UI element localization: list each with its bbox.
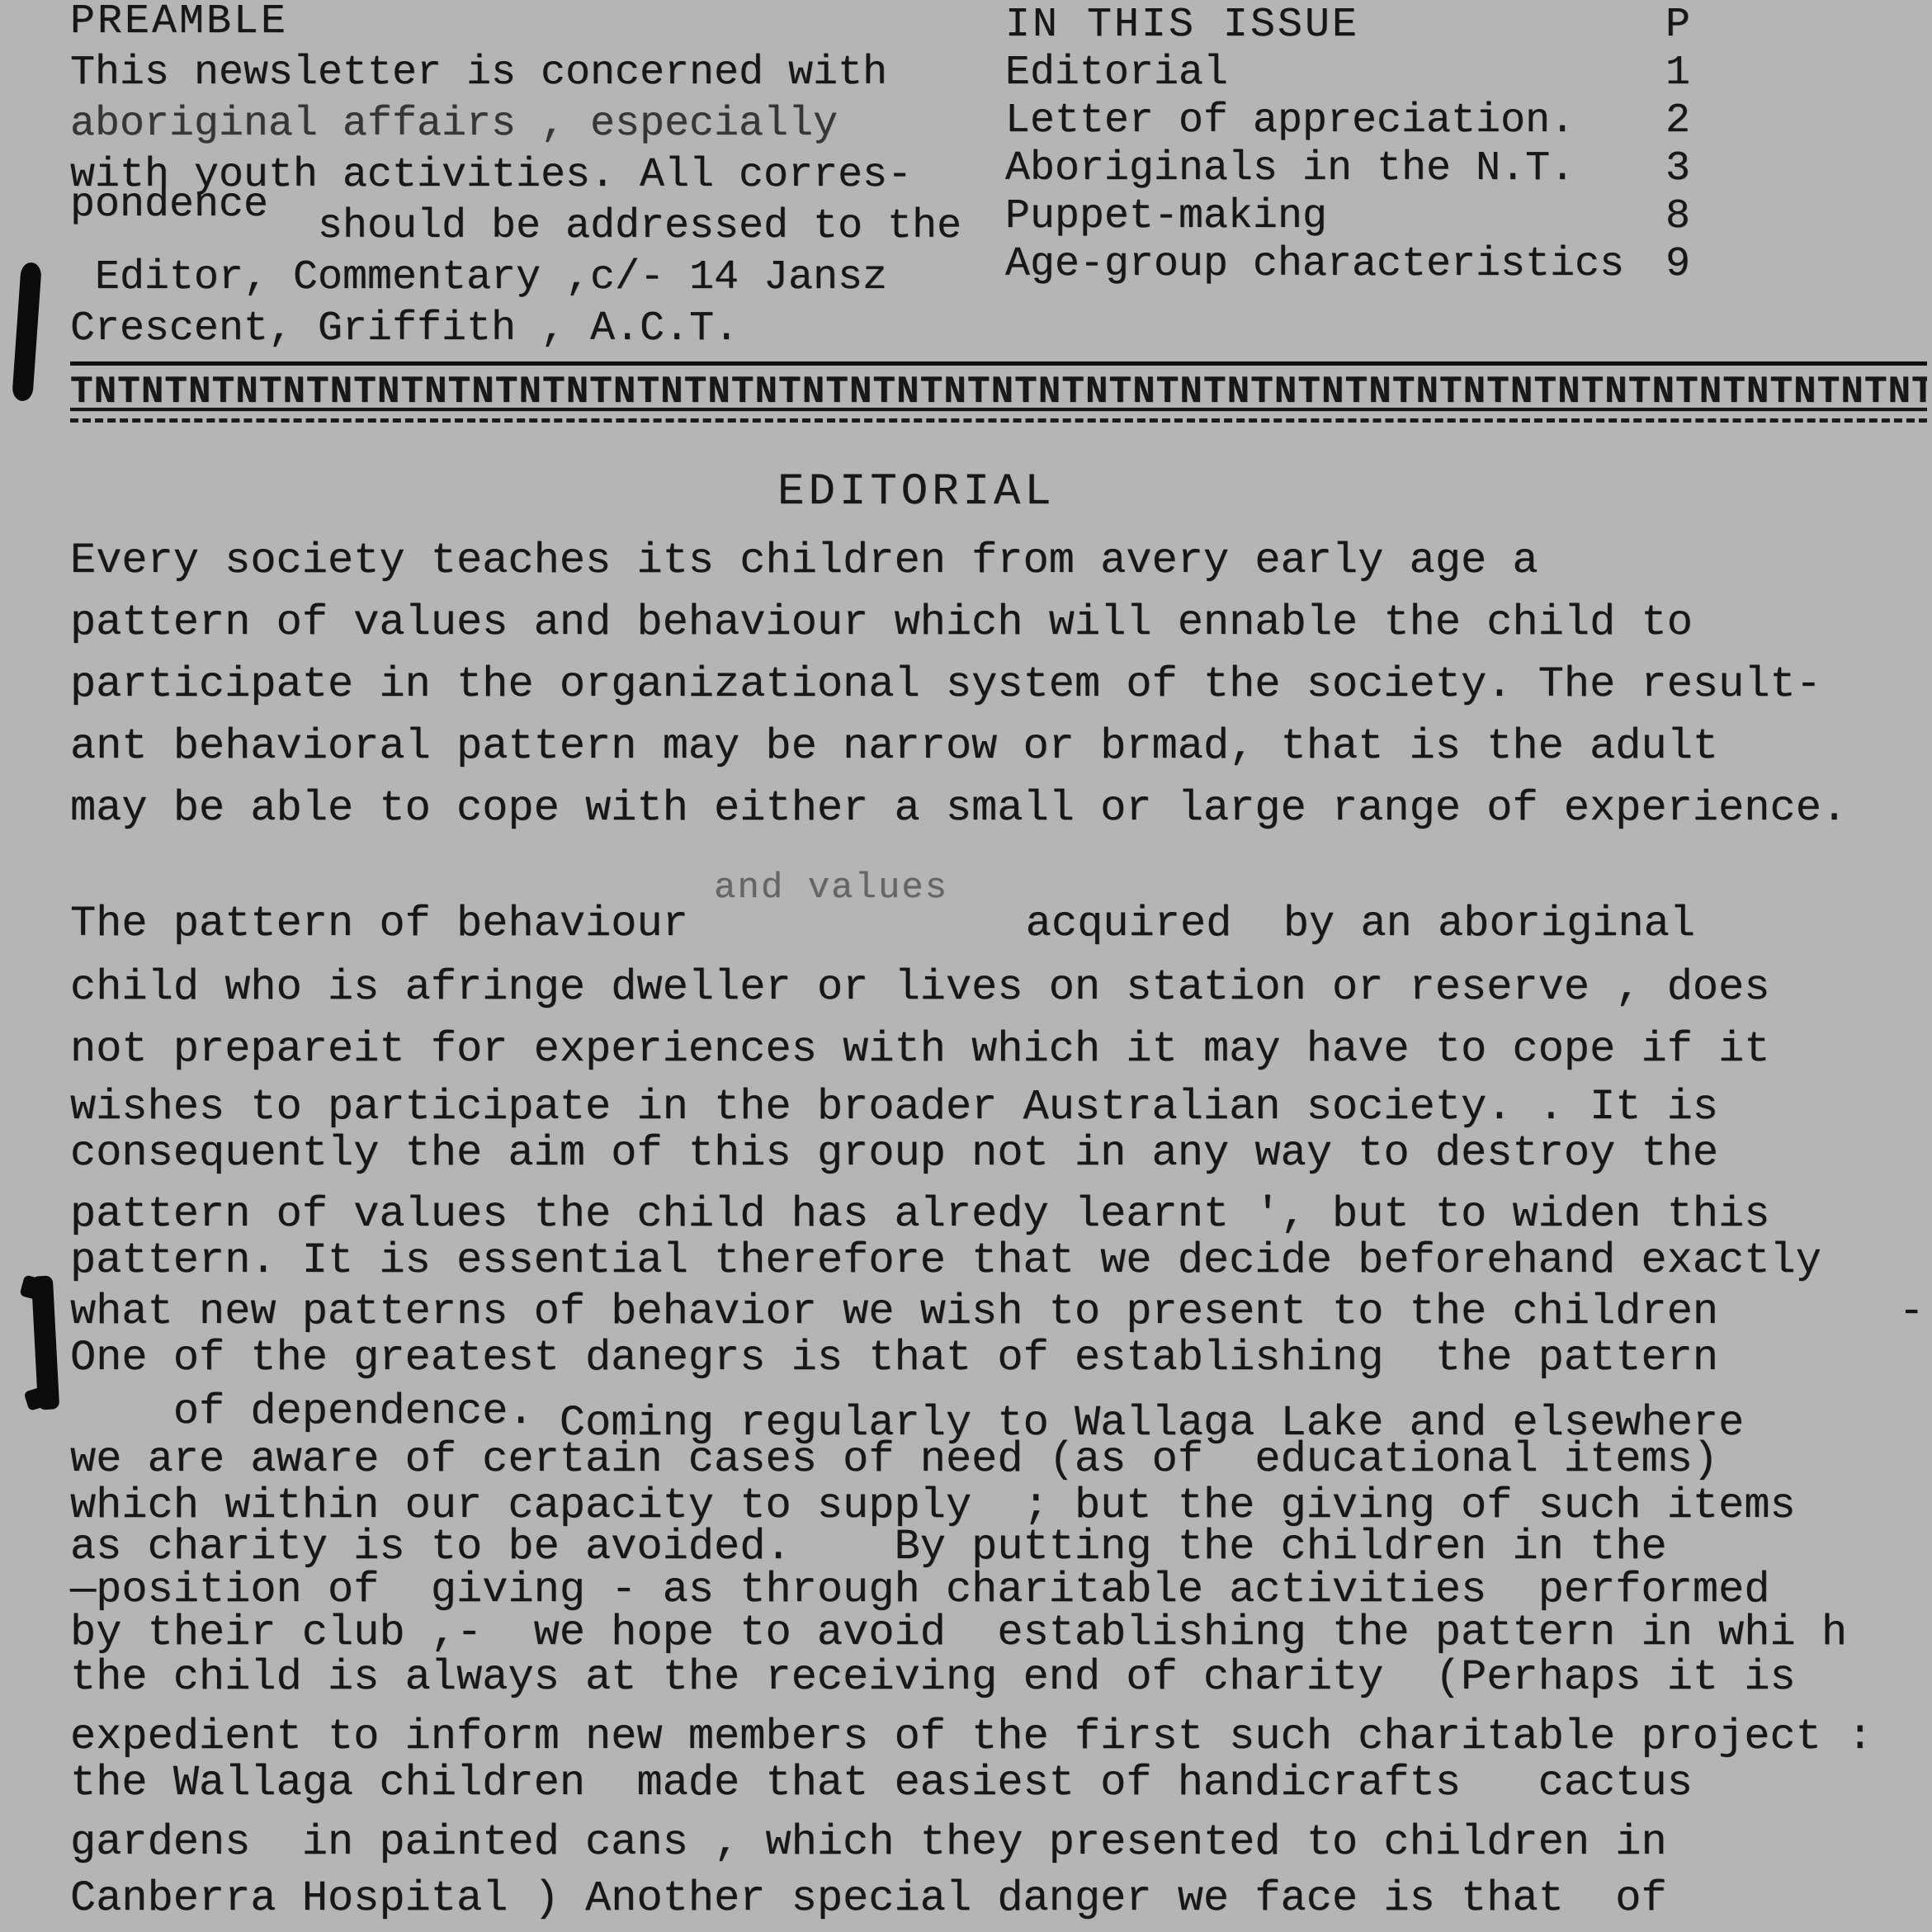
preamble-line: aboriginal affairs , especially bbox=[70, 102, 1003, 147]
tnt-divider-band: TNTNTNTNTNTNTNTNTNTNTNTNTNTNTNTNTNTNTNTN… bbox=[70, 361, 1927, 423]
preamble-line: Crescent, Griffith , A.C.T. bbox=[70, 307, 1003, 352]
editorial-line-part: The pattern of behaviour bbox=[70, 900, 714, 948]
toc-row: Age-group characteristics 9 bbox=[1005, 243, 1930, 287]
preamble-line-rest: should be addressed to the bbox=[268, 203, 961, 250]
overstruck-word: pondence bbox=[70, 182, 268, 229]
editorial-line-part: of dependence. bbox=[70, 1387, 560, 1436]
editorial-line-part: acquired by an aboriginal bbox=[948, 900, 1695, 948]
toc-item-label: Letter of appreciation. bbox=[1005, 99, 1665, 144]
toc-row: Puppet-making 8 bbox=[1005, 195, 1930, 239]
preamble-title: PREAMBLE bbox=[70, 0, 1003, 45]
editorial-line: Canberra Hospital ) Another special dang… bbox=[70, 1876, 1932, 1922]
editorial-title: EDITORIAL bbox=[0, 469, 1882, 517]
editorial-line: consequently the aim of this group not i… bbox=[70, 1131, 1932, 1177]
toc-header-row: IN THIS ISSUE P bbox=[1005, 3, 1930, 48]
editorial-line: One of the greatest danegrs is that of e… bbox=[70, 1335, 1932, 1382]
editorial-line-part: Coming regularly to Wallaga Lake and els… bbox=[560, 1399, 1744, 1448]
toc-item-label: Puppet-making bbox=[1005, 195, 1665, 239]
editorial-line: what new patterns of behavior we wish to… bbox=[70, 1289, 1932, 1335]
editorial-line: pattern of values the child has alredy l… bbox=[70, 1192, 1932, 1238]
toc-item-page: 8 bbox=[1665, 195, 1731, 239]
editorial-line: wishes to participate in the broader Aus… bbox=[70, 1084, 1932, 1131]
editorial-line: by their club ,- we hope to avoid establ… bbox=[70, 1610, 1932, 1656]
toc-item-label: Aboriginals in the N.T. bbox=[1005, 147, 1665, 191]
editorial-line-staggered: of dependence. Coming regularly to Walla… bbox=[70, 1389, 1932, 1435]
preamble-section: PREAMBLE This newsletter is concerned wi… bbox=[70, 0, 1003, 352]
editorial-line: may be able to cope with either a small … bbox=[70, 786, 1932, 832]
toc-section: IN THIS ISSUE P Editorial 1 Letter of ap… bbox=[1005, 0, 1930, 287]
editorial-line: Every society teaches its children from … bbox=[70, 538, 1932, 584]
typed-insert-note: and values bbox=[714, 867, 948, 909]
toc-row: Editorial 1 bbox=[1005, 51, 1930, 96]
toc-row: Aboriginals in the N.T. 3 bbox=[1005, 147, 1930, 191]
margin-ink-mark-top bbox=[12, 262, 42, 401]
editorial-line: the Wallaga children made that easiest o… bbox=[70, 1760, 1932, 1807]
toc-item-label: Editorial bbox=[1005, 51, 1665, 96]
toc-item-page: 1 bbox=[1665, 51, 1731, 96]
editorial-line: participate in the organizational system… bbox=[70, 662, 1932, 708]
editorial-line: child who is afringe dweller or lives on… bbox=[70, 965, 1932, 1011]
toc-item-page: 2 bbox=[1665, 99, 1731, 144]
editorial-line-with-insert: The pattern of behaviour and values acqu… bbox=[70, 901, 1932, 949]
editorial-line: —position of giving - as through charita… bbox=[70, 1567, 1932, 1613]
editorial-line: pattern of values and behaviour which wi… bbox=[70, 600, 1932, 646]
editorial-line: ant behavioral pattern may be narrow or … bbox=[70, 724, 1932, 770]
tnt-divider-pattern: TNTNTNTNTNTNTNTNTNTNTNTNTNTNTNTNTNTNTNTN… bbox=[70, 366, 1927, 418]
editorial-line: pattern. It is essential therefore that … bbox=[70, 1238, 1932, 1284]
preamble-line: This newsletter is concerned with bbox=[70, 51, 1003, 96]
toc-item-label: Age-group characteristics bbox=[1005, 243, 1665, 287]
toc-title: IN THIS ISSUE bbox=[1005, 3, 1665, 48]
editorial-line: gardens in painted cans , which they pre… bbox=[70, 1820, 1932, 1866]
document-page: { "page": { "background": "#b5b5b5", "in… bbox=[0, 0, 1932, 1932]
toc-row: Letter of appreciation. 2 bbox=[1005, 99, 1930, 144]
editorial-line: the child is always at the receiving end… bbox=[70, 1655, 1932, 1701]
preamble-line-correspondence: pondence should be addressed to the bbox=[70, 205, 1003, 249]
editorial-line: as charity is to be avoided. By putting … bbox=[70, 1524, 1932, 1571]
margin-ink-mark-middle bbox=[31, 1275, 59, 1410]
toc-item-page: 3 bbox=[1665, 147, 1731, 191]
editorial-line: not prepareit for experiences with which… bbox=[70, 1027, 1932, 1073]
editorial-line: expedient to inform new members of the f… bbox=[70, 1714, 1932, 1760]
toc-item-page: 9 bbox=[1665, 243, 1731, 287]
editorial-body: Every society teaches its children from … bbox=[70, 538, 1932, 1922]
preamble-line: Editor, Commentary ,c/- 14 Jansz bbox=[70, 256, 1003, 300]
toc-page-column-header: P bbox=[1665, 3, 1731, 48]
